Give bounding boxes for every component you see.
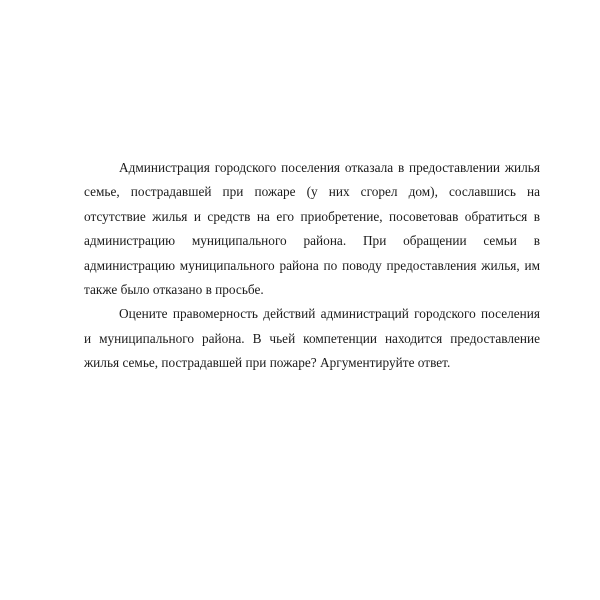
document-page: Администрация городского поселения отказ… [84,156,540,376]
text-line: администрацию муниципального района по п… [84,254,540,278]
text-line: администрацию муниципального района. При… [84,229,540,253]
text-line: Администрация городского поселения отказ… [84,156,540,180]
text-line: семье, пострадавшей при пожаре (у них сг… [84,180,540,204]
text-line: отсутствие жилья и средств на его приобр… [84,205,540,229]
paragraph-situation: Администрация городского поселения отказ… [84,156,540,302]
text-line: и муниципального района. В чьей компетен… [84,327,540,351]
paragraph-question: Оцените правомерность действий администр… [84,302,540,375]
text-line: Оцените правомерность действий администр… [84,302,540,326]
text-line: также было отказано в просьбе. [84,278,540,302]
text-line: жилья семье, пострадавшей при пожаре? Ар… [84,351,540,375]
